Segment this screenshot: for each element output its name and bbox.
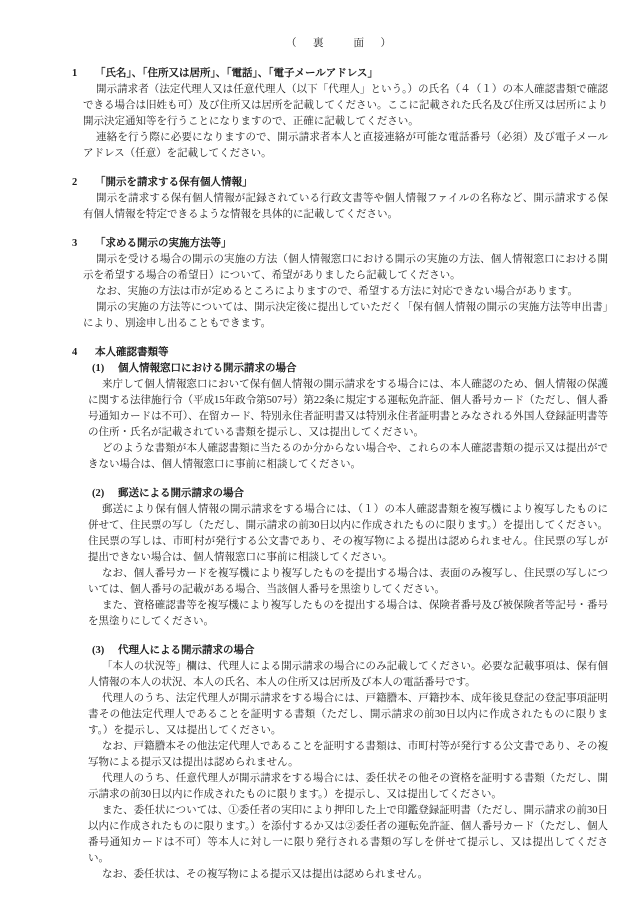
paragraph: なお、委任状は、その複写物による提示又は提出は認められません。: [88, 867, 608, 883]
paragraph: 開示請求者（法定代理人又は任意代理人（以下「代理人」という。）の氏名（４（１）の…: [83, 82, 608, 130]
paragraph: また、委任状については、①委任者の実印により押印した上で印鑑登録証明書（ただし、…: [88, 803, 608, 867]
section-body: 開示を受ける場合の開示の実施の方法（個人情報窓口における開示の実施の方法、個人情…: [72, 252, 608, 332]
subsection-heading: (3) 代理人による開示請求の場合: [92, 643, 608, 659]
paragraph: 連絡を行う際に必要になりますので、開示請求者本人と直接連絡が可能な電話番号（必須…: [83, 130, 608, 162]
paragraph: どのような書類が本人確認書類に当たるのか分からない場合や、これらの本人確認書類の…: [88, 441, 608, 473]
section-title: 「開示を請求する保有個人情報」: [95, 175, 608, 191]
section-number: 2: [72, 175, 95, 191]
section-shimei: 1 「氏名」、「住所又は居所」、「電話」、「電子メールアドレス」 開示請求者（法…: [72, 66, 608, 162]
paragraph: 「本人の状況等」欄は、代理人による開示請求の場合にのみ記載してください。必要な記…: [88, 659, 608, 691]
section-heading: 1 「氏名」、「住所又は居所」、「電話」、「電子メールアドレス」: [72, 66, 608, 82]
subsection-body: 来庁して個人情報窓口において保有個人情報の開示請求をする場合には、本人確認のため…: [72, 377, 608, 473]
section-heading: 4 本人確認書類等: [72, 345, 608, 361]
subsection-body: 「本人の状況等」欄は、代理人による開示請求の場合にのみ記載してください。必要な記…: [72, 659, 608, 883]
section-kaiji-seikyu-joho: 2 「開示を請求する保有個人情報」 開示を請求する保有個人情報が記録されている行…: [72, 175, 608, 223]
subsection-heading: (2) 郵送による開示請求の場合: [92, 486, 608, 502]
paragraph: 開示を受ける場合の開示の実施の方法（個人情報窓口における開示の実施の方法、個人情…: [83, 252, 608, 284]
section-heading: 2 「開示を請求する保有個人情報」: [72, 175, 608, 191]
paragraph: 開示を請求する保有個人情報が記録されている行政文書等や個人情報ファイルの名称など…: [83, 191, 608, 223]
subsection-number: (1): [92, 361, 118, 377]
section-title: 「求める開示の実施方法等」: [95, 236, 608, 252]
subsection-title: 個人情報窓口における開示請求の場合: [118, 361, 608, 377]
section-number: 3: [72, 236, 95, 252]
subsection-number: (3): [92, 643, 118, 659]
subsection-title: 代理人による開示請求の場合: [118, 643, 608, 659]
subsection-madoguchi: (1) 個人情報窓口における開示請求の場合 来庁して個人情報窓口において保有個人…: [72, 361, 608, 473]
subsection-yuso: (2) 郵送による開示請求の場合 郵送により保有個人情報の開示請求をする場合には…: [72, 486, 608, 630]
section-title: 本人確認書類等: [95, 345, 608, 361]
paragraph: なお、戸籍謄本その他法定代理人であることを証明する書類は、市町村等が発行する公文…: [88, 739, 608, 771]
section-heading: 3 「求める開示の実施方法等」: [72, 236, 608, 252]
paragraph: 郵送により保有個人情報の開示請求をする場合には、（１）の本人確認書類を複写機によ…: [88, 502, 608, 566]
section-body: 開示請求者（法定代理人又は任意代理人（以下「代理人」という。）の氏名（４（１）の…: [72, 82, 608, 162]
section-number: 4: [72, 345, 95, 361]
subsection-dairinin: (3) 代理人による開示請求の場合 「本人の状況等」欄は、代理人による開示請求の…: [72, 643, 608, 883]
paragraph: 代理人のうち、任意代理人が開示請求をする場合には、委任状その他その資格を証明する…: [88, 771, 608, 803]
subsection-body: 郵送により保有個人情報の開示請求をする場合には、（１）の本人確認書類を複写機によ…: [72, 502, 608, 630]
paragraph: 代理人のうち、法定代理人が開示請求をする場合には、戸籍謄本、戸籍抄本、成年後見登…: [88, 691, 608, 739]
subsection-title: 郵送による開示請求の場合: [118, 486, 608, 502]
section-number: 1: [72, 66, 95, 82]
subsection-heading: (1) 個人情報窓口における開示請求の場合: [92, 361, 608, 377]
paragraph: 来庁して個人情報窓口において保有個人情報の開示請求をする場合には、本人確認のため…: [88, 377, 608, 441]
document-page: （ 裏 面 ） 1 「氏名」、「住所又は居所」、「電話」、「電子メールアドレス」…: [0, 0, 630, 903]
section-body: 開示を請求する保有個人情報が記録されている行政文書等や個人情報ファイルの名称など…: [72, 191, 608, 223]
paragraph: なお、実施の方法は市が定めるところによりますので、希望する方法に対応できない場合…: [83, 284, 608, 300]
section-title: 「氏名」、「住所又は居所」、「電話」、「電子メールアドレス」: [95, 66, 608, 82]
section-jisshi-hoho: 3 「求める開示の実施方法等」 開示を受ける場合の開示の実施の方法（個人情報窓口…: [72, 236, 608, 332]
section-honnin-kakunin: 4 本人確認書類等 (1) 個人情報窓口における開示請求の場合 来庁して個人情報…: [72, 345, 608, 883]
paragraph: 開示の実施の方法等については、開示決定後に提出していただく「保有個人情報の開示の…: [83, 300, 608, 332]
subsection-number: (2): [92, 486, 118, 502]
page-side-label: （ 裏 面 ）: [72, 36, 608, 52]
paragraph: また、資格確認書等を複写機により複写したものを提出する場合は、保険者番号及び被保…: [88, 598, 608, 630]
paragraph: なお、個人番号カードを複写機により複写したものを提出する場合は、表面のみ複写し、…: [88, 566, 608, 598]
